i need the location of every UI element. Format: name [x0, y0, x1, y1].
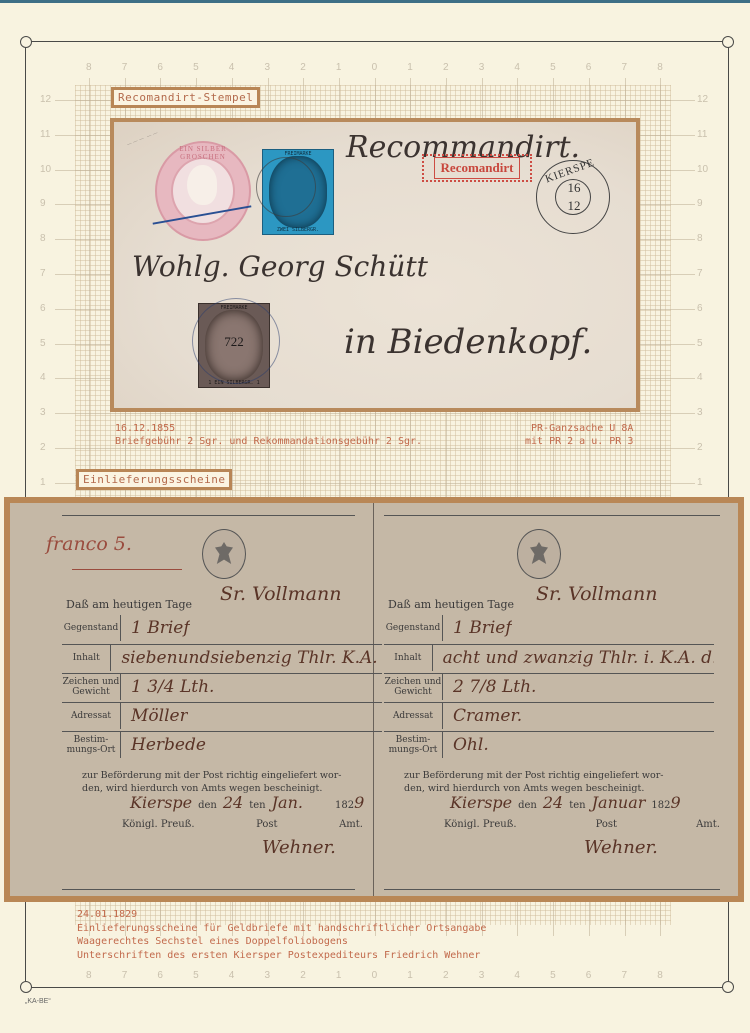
eagle-seal-icon — [517, 529, 561, 579]
signature: Wehner. — [584, 837, 658, 858]
date-line: Kierspe den 24 ten Jan. 1829 — [130, 793, 364, 812]
row-value: Möller — [121, 703, 188, 729]
row-label: Adressat — [384, 703, 443, 729]
receipt-row: Zeichen und Gewicht1 3/4 Lth. — [62, 673, 382, 700]
intro-printed: Daß am heutigen Tage — [388, 598, 514, 611]
receipt-row: Zeichen und Gewicht2 7/8 Lth. — [384, 673, 714, 700]
ruler-y-label: 11 — [40, 129, 50, 140]
ruler-x-label: 4 — [229, 970, 235, 981]
ruler-y-label: 5 — [697, 338, 703, 349]
ruler-x-label: 6 — [586, 62, 592, 73]
caption-right-section1: PR-Ganzsache U 8A mit PR 2 a u. PR 3 — [525, 422, 633, 448]
ruler-y-label: 3 — [697, 407, 703, 418]
ruler-y-label: 12 — [697, 94, 708, 105]
row-value: Herbede — [121, 732, 206, 758]
ruler-x-label: 4 — [514, 970, 520, 981]
signoff: Königl. Preuß. Post Amt. — [122, 819, 363, 830]
ruler-y-label: 7 — [40, 268, 46, 279]
ruler-x-label: 2 — [443, 62, 449, 73]
signature: Wehner. — [262, 837, 336, 858]
ruler-x-label: 8 — [86, 62, 92, 73]
sender-name: Sr. Vollmann — [536, 583, 657, 605]
frame-corner-ornament — [722, 36, 734, 48]
ruler-y-label: 3 — [40, 407, 46, 418]
ruler-x-label: 5 — [550, 62, 556, 73]
ruler-x-label: 6 — [157, 62, 163, 73]
row-label: Gegenstand — [384, 615, 443, 641]
ruler-x-label: 2 — [443, 970, 449, 981]
ruler-y-label: 10 — [697, 164, 708, 175]
row-value: 1 Brief — [121, 615, 190, 641]
receipt-1: franco 5. Daß am heutigen Tage Sr. Vollm… — [10, 503, 374, 896]
registration-handstamp: Recomandirt — [422, 154, 532, 182]
row-label: Inhalt — [62, 645, 111, 671]
caption-section2: 24.01.1829 Einlieferungsscheine für Geld… — [77, 908, 486, 962]
ruler-x-label: 3 — [265, 62, 271, 73]
caption-left-section1: 16.12.1855 Briefgebühr 2 Sgr. und Rekomm… — [115, 422, 422, 448]
row-label: Adressat — [62, 703, 121, 729]
ruler-x-label: 8 — [657, 970, 663, 981]
ruler-x-label: 7 — [622, 970, 628, 981]
row-label: Zeichen und Gewicht — [384, 674, 443, 700]
embossed-indicium: EIN SILBER GROSCHEN — [155, 141, 251, 241]
receipt-sheet: franco 5. Daß am heutigen Tage Sr. Vollm… — [10, 503, 738, 896]
row-value: Cramer. — [443, 703, 522, 729]
ruler-x-label: 6 — [157, 970, 163, 981]
receipt-row: AdressatMöller — [62, 702, 382, 729]
ruler-x-label: 1 — [336, 62, 342, 73]
printed-preprint-lines: — — — — — — [126, 130, 159, 148]
ruler-x-label: 0 — [372, 970, 378, 981]
ruler-y-label: 2 — [697, 442, 703, 453]
ruler-y-label: 5 — [40, 338, 46, 349]
numeral-cancel-ring — [192, 298, 280, 384]
ruler-x-label: 1 — [407, 62, 413, 73]
signoff: Königl. Preuß. Post Amt. — [444, 819, 720, 830]
section-label-recomandirt: Recomandirt-Stempel — [111, 87, 260, 108]
ruler-x-label: 3 — [479, 970, 485, 981]
ruler-x-label: 8 — [86, 970, 92, 981]
ruler-y-label: 1 — [40, 477, 46, 488]
king-profile-icon — [187, 165, 217, 205]
ruler-x-label: 8 — [657, 62, 663, 73]
ruler-x-label: 3 — [265, 970, 271, 981]
ruler-y-label: 6 — [40, 303, 46, 314]
ruler-x-label: 7 — [622, 62, 628, 73]
receipt-row: Bestim-mungs-OrtOhl. — [384, 731, 714, 758]
kierspe-postmark: KIERSPE 16 12 — [536, 160, 610, 234]
ruler-y-label: 2 — [40, 442, 46, 453]
ruler-x-label: 3 — [479, 62, 485, 73]
ruler-x-label: 1 — [407, 970, 413, 981]
sender-name: Sr. Vollmann — [220, 583, 341, 605]
receipt-row: Bestim-mungs-OrtHerbede — [62, 731, 382, 758]
frame-corner-ornament — [722, 981, 734, 993]
receipt-row: Gegenstand1 Brief — [62, 615, 382, 641]
row-value: acht und zwanzig Thlr. i. K.A. d. Agbn. — [433, 645, 714, 671]
ruler-y-label: 7 — [697, 268, 703, 279]
ruler-x-label: 1 — [336, 970, 342, 981]
row-value: Ohl. — [443, 732, 489, 758]
ruler-x-label: 7 — [122, 970, 128, 981]
registered-cover: — — — — — EIN SILBER GROSCHEN FREIMARKE … — [114, 122, 636, 408]
receipt-row: Inhaltacht und zwanzig Thlr. i. K.A. d. … — [384, 644, 714, 671]
ruler-y-label: 6 — [697, 303, 703, 314]
ruler-y-label: 10 — [40, 164, 51, 175]
frame-corner-ornament — [20, 36, 32, 48]
row-label: Inhalt — [384, 645, 433, 671]
ruler-x-label: 0 — [372, 62, 378, 73]
ruler-x-label: 4 — [514, 62, 520, 73]
ruler-x-label: 5 — [193, 970, 199, 981]
ruler-x-label: 5 — [550, 970, 556, 981]
album-brand-mark: „KA-BE“ — [25, 998, 51, 1005]
franco-note: franco 5. — [46, 533, 132, 555]
ruler-y-label: 9 — [40, 198, 46, 209]
row-label: Gegenstand — [62, 615, 121, 641]
section-label-text: Einlieferungsscheine — [79, 472, 229, 487]
ruler-x-label: 7 — [122, 62, 128, 73]
receipts-mount: franco 5. Daß am heutigen Tage Sr. Vollm… — [4, 497, 744, 902]
ruler-y-label: 9 — [697, 198, 703, 209]
ruler-y-label: 8 — [697, 233, 703, 244]
receipt-row: Inhaltsiebenundsiebenzig Thlr. K.A. d. A… — [62, 644, 382, 671]
ruler-y-label: 8 — [40, 233, 46, 244]
receipt-row: Gegenstand1 Brief — [384, 615, 714, 641]
numeral-cancel-ring — [256, 157, 316, 217]
addressee-line-2: in Biedenkopf. — [344, 322, 592, 362]
ruler-y-label: 11 — [697, 129, 707, 140]
ruler-x-label: 2 — [300, 62, 306, 73]
ruler-y-label: 4 — [40, 372, 46, 383]
eagle-seal-icon — [202, 529, 246, 579]
receipt-2: Daß am heutigen Tage Sr. Vollmann Gegens… — [374, 503, 738, 896]
frame-corner-ornament — [20, 981, 32, 993]
date-line: Kierspe den 24 ten Januar 1829 — [450, 793, 681, 812]
ruler-y-label: 1 — [697, 477, 703, 488]
top-edge-strip — [0, 0, 750, 3]
ruler-y-label: 4 — [697, 372, 703, 383]
row-value: 1 3/4 Lth. — [121, 674, 214, 700]
row-value: siebenundsiebenzig Thlr. K.A. d. Ag. — [111, 645, 382, 671]
ruler-y-label: 12 — [40, 94, 51, 105]
row-label: Bestim-mungs-Ort — [62, 732, 121, 758]
ruler-x-label: 5 — [193, 62, 199, 73]
row-value: 1 Brief — [443, 615, 512, 641]
addressee-line-1: Wohlg. Georg Schütt — [132, 250, 428, 283]
row-label: Bestim-mungs-Ort — [384, 732, 443, 758]
section-label-einlieferungsscheine: Einlieferungsscheine — [76, 469, 232, 490]
section-label-text: Recomandirt-Stempel — [114, 90, 257, 105]
ruler-x-label: 2 — [300, 970, 306, 981]
row-label: Zeichen und Gewicht — [62, 674, 121, 700]
ruler-x-label: 6 — [586, 970, 592, 981]
row-value: 2 7/8 Lth. — [443, 674, 536, 700]
envelope-mount: — — — — — EIN SILBER GROSCHEN FREIMARKE … — [110, 118, 640, 412]
ruler-x-label: 4 — [229, 62, 235, 73]
intro-printed: Daß am heutigen Tage — [66, 598, 192, 611]
receipt-row: AdressatCramer. — [384, 702, 714, 729]
